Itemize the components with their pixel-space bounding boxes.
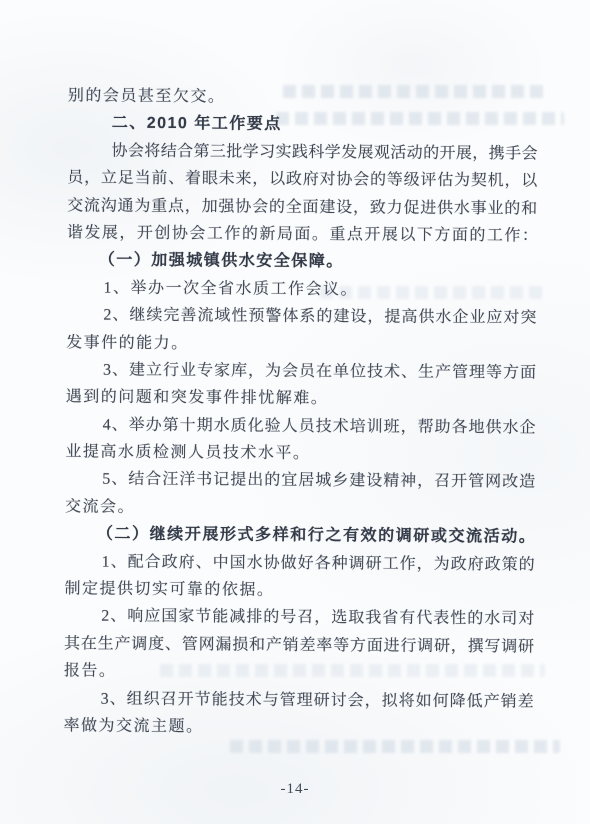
heading-section-2: （二）继续开展形式多样和行之有效的调研或交流活动。 xyxy=(65,521,535,552)
item-1-1-line: 1、举办一次全省水质工作会议。 xyxy=(66,274,536,305)
item-2-3-line: 率做为交流主题。 xyxy=(63,712,533,743)
heading-section-1: （一）加强城镇供水安全保障。 xyxy=(67,247,537,278)
para-overview-line: 协会将结合第三批学习实践科学发展观活动的开展，携手会 xyxy=(67,137,537,168)
scanned-document-page: 别的会员甚至欠交。 二、2010 年工作要点 协会将结合第三批学习实践科学发展观… xyxy=(0,0,590,824)
item-1-3-line: 遇到的问题和突发事件排忧解难。 xyxy=(66,384,536,415)
body-line-arrears-continuation: 别的会员甚至欠交。 xyxy=(68,82,538,113)
document-body: 别的会员甚至欠交。 二、2010 年工作要点 协会将结合第三批学习实践科学发展观… xyxy=(63,82,538,743)
para-overview-line: 谐发展，开创协会工作的新局面。重点开展以下方面的工作： xyxy=(67,219,537,250)
para-overview-line: 员，立足当前、着眼未来，以政府对协会的等级评估为契机，以 xyxy=(67,165,537,196)
item-1-2-line: 2、继续完善流域性预警体系的建设，提高供水企业应对突 xyxy=(66,301,536,332)
item-2-2-line: 2、响应国家节能减排的号召，选取我省有代表性的水司对 xyxy=(64,603,534,634)
heading-2010-work-points: 二、2010 年工作要点 xyxy=(68,110,538,141)
item-1-3-line: 3、建立行业专家库，为会员在单位技术、生产管理等方面 xyxy=(66,356,536,387)
item-1-4-line: 业提高水质检测人员技术水平。 xyxy=(65,438,535,469)
item-2-2-line: 其在生产调度、管网漏损和产销差率等方面进行调研，撰写调研 xyxy=(64,630,534,661)
item-1-4-line: 4、举办第十期水质化验人员技术培训班，帮助各地供水企 xyxy=(66,411,536,442)
item-2-1-line: 制定提供切实可靠的依据。 xyxy=(64,575,534,606)
page-number: -14- xyxy=(0,781,590,798)
item-1-2-line: 发事件的能力。 xyxy=(66,329,536,360)
item-1-5-line: 交流会。 xyxy=(65,493,535,524)
item-2-3-line: 3、组织召开节能技术与管理研讨会，拟将如何降低产销差 xyxy=(64,685,534,716)
para-overview-line: 交流沟通为重点，加强协会的全面建设，致力促进供水事业的和 xyxy=(67,192,537,223)
item-2-1-line: 1、配合政府、中国水协做好各种调研工作，为政府政策的 xyxy=(65,548,535,579)
item-2-2-line: 报告。 xyxy=(64,658,534,689)
item-1-5-line: 5、结合汪洋书记提出的宜居城乡建设精神，召开管网改造 xyxy=(65,466,535,497)
